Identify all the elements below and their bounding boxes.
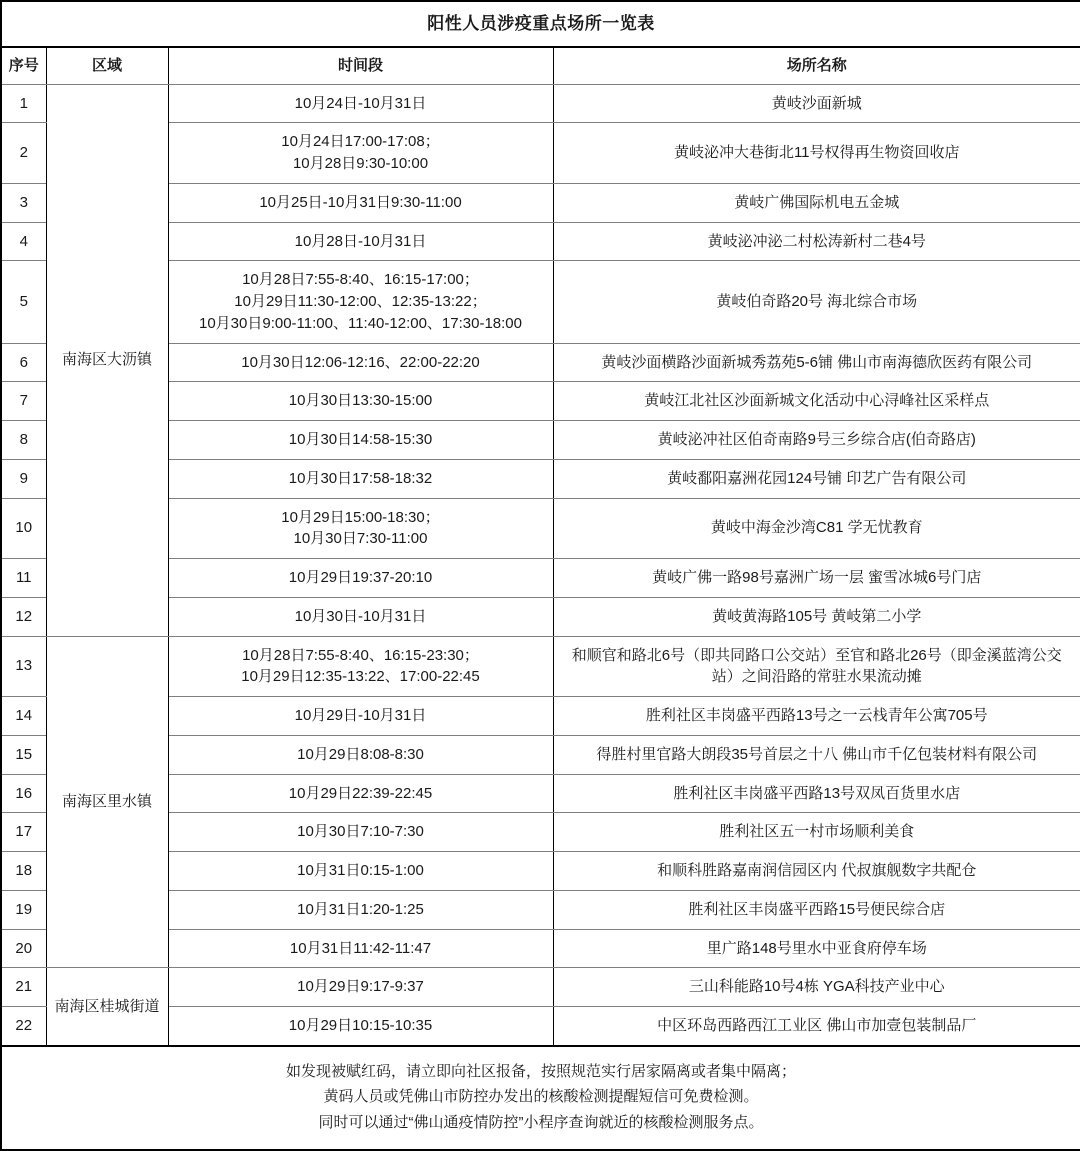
row-number: 1: [1, 84, 46, 123]
footer-notes: 如发现被赋红码，请立即向社区报备，按照规范实行居家隔离或者集中隔离； 黄码人员或…: [1, 1046, 1080, 1151]
table-row: 13 南海区里水镇 10月28日7:55-8:40、16:15-23:30； 1…: [1, 636, 1080, 697]
place-cell: 中区环岛西路西江工业区 佛山市加壹包装制品厂: [553, 1007, 1080, 1046]
time-line: 10月29日19:37-20:10: [177, 567, 545, 589]
time-cell: 10月31日0:15-1:00: [168, 852, 553, 891]
place-cell: 黄岐黄海路105号 黄岐第二小学: [553, 597, 1080, 636]
row-number: 2: [1, 123, 46, 184]
time-cell: 10月30日17:58-18:32: [168, 459, 553, 498]
place-cell: 三山科能路10号4栋 YGA科技产业中心: [553, 968, 1080, 1007]
header-row: 序号 区域 时间段 场所名称: [1, 47, 1080, 84]
row-number: 19: [1, 890, 46, 929]
place-cell: 和顺官和路北6号（即共同路口公交站）至官和路北26号（即金溪蓝湾公交站）之间沿路…: [553, 636, 1080, 697]
time-line: 10月30日17:58-18:32: [177, 468, 545, 490]
place-cell: 和顺科胜路嘉南润信园区内 代叔旗舰数字共配仓: [553, 852, 1080, 891]
row-number: 13: [1, 636, 46, 697]
time-cell: 10月30日-10月31日: [168, 597, 553, 636]
time-line: 10月30日7:30-11:00: [177, 528, 545, 550]
time-cell: 10月25日-10月31日9:30-11:00: [168, 183, 553, 222]
table-row: 21 南海区桂城街道 10月29日9:17-9:37 三山科能路10号4栋 YG…: [1, 968, 1080, 1007]
place-cell: 黄岐泌冲社区伯奇南路9号三乡综合店(伯奇路店): [553, 421, 1080, 460]
footer-note-line: 同时可以通过“佛山通疫情防控”小程序查询就近的核酸检测服务点。: [42, 1110, 1040, 1136]
page-title: 阳性人员涉疫重点场所一览表: [1, 1, 1080, 47]
row-number: 10: [1, 498, 46, 559]
time-line: 10月31日11:42-11:47: [177, 938, 545, 960]
place-cell: 胜利社区丰岗盛平西路13号双凤百货里水店: [553, 774, 1080, 813]
row-number: 21: [1, 968, 46, 1007]
time-cell: 10月31日1:20-1:25: [168, 890, 553, 929]
time-line: 10月28日7:55-8:40、16:15-17:00；: [177, 269, 545, 291]
time-line: 10月30日12:06-12:16、22:00-22:20: [177, 352, 545, 374]
time-cell: 10月29日8:08-8:30: [168, 735, 553, 774]
row-number: 16: [1, 774, 46, 813]
place-cell: 黄岐沙面新城: [553, 84, 1080, 123]
time-cell: 10月24日17:00-17:08； 10月28日9:30-10:00: [168, 123, 553, 184]
page: 阳性人员涉疫重点场所一览表 序号 区域 时间段 场所名称 1 南海区大沥镇 10…: [0, 0, 1080, 1151]
time-line: 10月24日-10月31日: [177, 93, 545, 115]
time-cell: 10月29日22:39-22:45: [168, 774, 553, 813]
title-row: 阳性人员涉疫重点场所一览表: [1, 1, 1080, 47]
time-cell: 10月30日13:30-15:00: [168, 382, 553, 421]
footer-note-line: 如发现被赋红码，请立即向社区报备，按照规范实行居家隔离或者集中隔离；: [42, 1059, 1040, 1085]
column-header-no: 序号: [1, 47, 46, 84]
time-cell: 10月29日-10月31日: [168, 697, 553, 736]
row-number: 6: [1, 343, 46, 382]
table-row: 1 南海区大沥镇 10月24日-10月31日 黄岐沙面新城: [1, 84, 1080, 123]
place-cell: 黄岐江北社区沙面新城文化活动中心浔峰社区采样点: [553, 382, 1080, 421]
row-number: 4: [1, 222, 46, 261]
time-cell: 10月28日7:55-8:40、16:15-17:00； 10月29日11:30…: [168, 261, 553, 343]
time-cell: 10月28日-10月31日: [168, 222, 553, 261]
time-line: 10月29日10:15-10:35: [177, 1015, 545, 1037]
time-cell: 10月30日7:10-7:30: [168, 813, 553, 852]
time-cell: 10月28日7:55-8:40、16:15-23:30； 10月29日12:35…: [168, 636, 553, 697]
time-cell: 10月24日-10月31日: [168, 84, 553, 123]
time-line: 10月30日13:30-15:00: [177, 390, 545, 412]
time-line: 10月30日-10月31日: [177, 606, 545, 628]
place-cell: 胜利社区五一村市场顺利美食: [553, 813, 1080, 852]
time-cell: 10月29日9:17-9:37: [168, 968, 553, 1007]
place-cell: 胜利社区丰岗盛平西路13号之一云栈青年公寓705号: [553, 697, 1080, 736]
row-number: 12: [1, 597, 46, 636]
row-number: 14: [1, 697, 46, 736]
place-cell: 胜利社区丰岗盛平西路15号便民综合店: [553, 890, 1080, 929]
time-line: 10月29日11:30-12:00、12:35-13:22；: [177, 291, 545, 313]
row-number: 3: [1, 183, 46, 222]
time-cell: 10月30日12:06-12:16、22:00-22:20: [168, 343, 553, 382]
place-cell: 黄岐鄱阳嘉洲花园124号铺 印艺广告有限公司: [553, 459, 1080, 498]
time-line: 10月30日7:10-7:30: [177, 821, 545, 843]
time-line: 10月29日22:39-22:45: [177, 783, 545, 805]
time-line: 10月30日14:58-15:30: [177, 429, 545, 451]
time-line: 10月29日12:35-13:22、17:00-22:45: [177, 666, 545, 688]
region-cell-dali: 南海区大沥镇: [46, 84, 168, 636]
row-number: 20: [1, 929, 46, 968]
row-number: 22: [1, 1007, 46, 1046]
time-line: 10月25日-10月31日9:30-11:00: [177, 192, 545, 214]
place-cell: 里广路148号里水中亚食府停车场: [553, 929, 1080, 968]
time-line: 10月29日15:00-18:30；: [177, 507, 545, 529]
time-cell: 10月30日14:58-15:30: [168, 421, 553, 460]
column-header-region: 区域: [46, 47, 168, 84]
region-cell-guicheng: 南海区桂城街道: [46, 968, 168, 1046]
row-number: 11: [1, 559, 46, 598]
time-line: 10月29日8:08-8:30: [177, 744, 545, 766]
row-number: 8: [1, 421, 46, 460]
row-number: 15: [1, 735, 46, 774]
time-cell: 10月29日15:00-18:30； 10月30日7:30-11:00: [168, 498, 553, 559]
row-number: 18: [1, 852, 46, 891]
place-cell: 黄岐广佛一路98号嘉洲广场一层 蜜雪冰城6号门店: [553, 559, 1080, 598]
time-cell: 10月31日11:42-11:47: [168, 929, 553, 968]
time-line: 10月29日-10月31日: [177, 705, 545, 727]
time-line: 10月29日9:17-9:37: [177, 976, 545, 998]
time-line: 10月28日9:30-10:00: [177, 153, 545, 175]
place-cell: 黄岐泌冲泌二村松涛新村二巷4号: [553, 222, 1080, 261]
time-line: 10月24日17:00-17:08；: [177, 131, 545, 153]
place-cell: 黄岐沙面横路沙面新城秀荔苑5-6铺 佛山市南海德欣医药有限公司: [553, 343, 1080, 382]
row-number: 17: [1, 813, 46, 852]
time-line: 10月31日0:15-1:00: [177, 860, 545, 882]
place-cell: 黄岐广佛国际机电五金城: [553, 183, 1080, 222]
place-cell: 得胜村里官路大朗段35号首层之十八 佛山市千亿包装材料有限公司: [553, 735, 1080, 774]
covid-locations-table: 阳性人员涉疫重点场所一览表 序号 区域 时间段 场所名称 1 南海区大沥镇 10…: [0, 0, 1080, 1151]
time-cell: 10月29日19:37-20:10: [168, 559, 553, 598]
place-cell: 黄岐泌冲大巷街北11号权得再生物资回收店: [553, 123, 1080, 184]
time-cell: 10月29日10:15-10:35: [168, 1007, 553, 1046]
column-header-place: 场所名称: [553, 47, 1080, 84]
time-line: 10月30日9:00-11:00、11:40-12:00、17:30-18:00: [177, 313, 545, 335]
footer-note-line: 黄码人员或凭佛山市防控办发出的核酸检测提醒短信可免费检测。: [42, 1084, 1040, 1110]
row-number: 9: [1, 459, 46, 498]
time-line: 10月28日7:55-8:40、16:15-23:30；: [177, 645, 545, 667]
time-line: 10月31日1:20-1:25: [177, 899, 545, 921]
place-cell: 黄岐伯奇路20号 海北综合市场: [553, 261, 1080, 343]
place-cell: 黄岐中海金沙湾C81 学无忧教育: [553, 498, 1080, 559]
region-cell-lishui: 南海区里水镇: [46, 636, 168, 968]
row-number: 7: [1, 382, 46, 421]
row-number: 5: [1, 261, 46, 343]
footer-row: 如发现被赋红码，请立即向社区报备，按照规范实行居家隔离或者集中隔离； 黄码人员或…: [1, 1046, 1080, 1151]
column-header-time: 时间段: [168, 47, 553, 84]
time-line: 10月28日-10月31日: [177, 231, 545, 253]
